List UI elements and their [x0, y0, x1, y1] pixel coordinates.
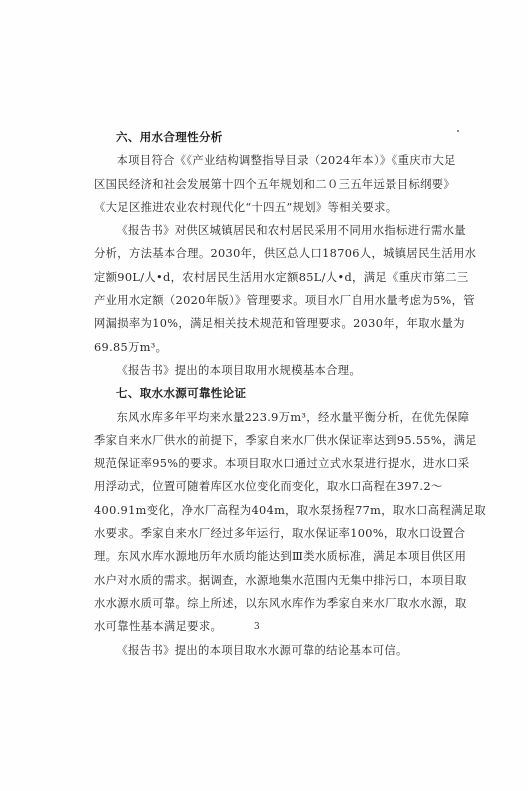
text-line: 定额90L/人•d，农村居民生活用水定额85L/人•d，满足《重庆市第二三: [94, 266, 422, 289]
document-page: 六、用水合理性分析 本项目符合《《产业结构调整指导目录（2024年本）》《重庆市…: [0, 0, 528, 791]
document-body: 六、用水合理性分析 本项目符合《《产业结构调整指导目录（2024年本）》《重庆市…: [94, 126, 422, 662]
page-number: 3: [254, 622, 260, 632]
text-line: 水要求。季家自来水厂经过多年运行，取水保证率100%，取水口设置合: [94, 522, 422, 545]
text-line: 东风水库多年平均来水量223.9万m³，经水量平衡分析，在优先保障: [94, 406, 422, 429]
text-line: 《报告书》提出的本项目取水水源可靠的结论基本可信。: [94, 639, 422, 662]
section-6-paragraph-2: 《报告书》对供区城镇居民和农村居民采用不同用水指标进行需水量 分析，方法基本合理…: [94, 219, 422, 359]
section-7-paragraph-2: 《报告书》提出的本项目取水水源可靠的结论基本可信。: [94, 639, 422, 662]
text-line: 用浮动式，位置可随着库区水位变化而变化，取水口高程在397.2～: [94, 475, 422, 498]
section-7-paragraph-1: 东风水库多年平均来水量223.9万m³，经水量平衡分析，在优先保障 季家自来水厂…: [94, 406, 422, 639]
text-line: 区国民经济和社会发展第十四个五年规划和二０三五年远景目标纲要》: [94, 173, 422, 196]
text-line: 水水源水质可靠。综上所述，以东风水库作为季家自来水厂取水水源，取: [94, 592, 422, 615]
section-7-heading: 七、取水水源可靠性论证: [94, 382, 422, 405]
text-line: 400.91m变化，净水厂高程为404m，取水泵扬程77m，取水口高程满足取: [94, 499, 422, 522]
text-line: 规范保证率95%的要求。本项目取水口通过立式水泵进行提水，进水口采: [94, 452, 422, 475]
text-line: 《报告书》提出的本项目取用水规模基本合理。: [94, 359, 422, 382]
text-line: 69.85万m³。: [94, 336, 422, 359]
scan-speck: [457, 130, 459, 132]
text-line: 水户对水质的需求。据调查，水源地集水范围内无集中排污口，本项目取: [94, 569, 422, 592]
section-6-paragraph-1: 本项目符合《《产业结构调整指导目录（2024年本）》《重庆市大足 区国民经济和社…: [94, 149, 422, 219]
text-line: 理。东风水库水源地历年水质均能达到Ⅲ类水质标准，满足本项目供区用: [94, 545, 422, 568]
text-line: 本项目符合《《产业结构调整指导目录（2024年本）》《重庆市大足: [94, 149, 422, 172]
text-line: 《大足区推进农业农村现代化“十四五”规划》等相关要求。: [94, 196, 422, 219]
section-6-heading: 六、用水合理性分析: [94, 126, 422, 149]
text-line: 网漏损率为10%，满足相关技术规范和管理要求。2030年，年取水量为: [94, 312, 422, 335]
text-line: 产业用水定额（2020年版）》管理要求。项目水厂自用水量考虑为5%，管: [94, 289, 422, 312]
text-line: 季家自来水厂供水的前提下，季家自来水厂供水保证率达到95.55%，满足: [94, 429, 422, 452]
text-line: 分析，方法基本合理。2030年，供区总人口18706人，城镇居民生活用水: [94, 242, 422, 265]
text-line: 《报告书》对供区城镇居民和农村居民采用不同用水指标进行需水量: [94, 219, 422, 242]
section-6-paragraph-3: 《报告书》提出的本项目取用水规模基本合理。: [94, 359, 422, 382]
